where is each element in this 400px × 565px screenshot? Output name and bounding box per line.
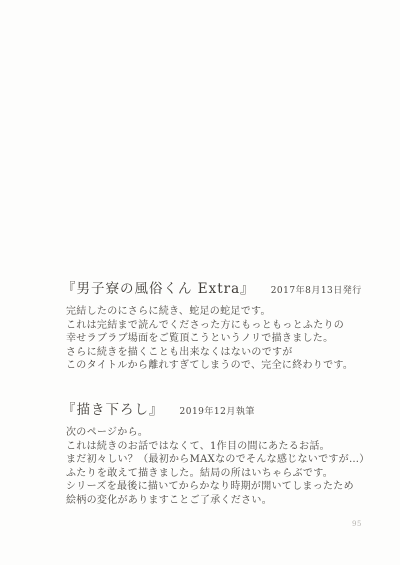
paragraph-line: このタイトルから離れすぎてしまうので、完全に終わりです。	[66, 359, 353, 373]
paragraph-line: 次のページから。	[66, 426, 370, 440]
paragraph-line: これは続きのお話ではなくて、1作目の間にあたるお話。	[66, 440, 370, 454]
paragraph-line: 絵柄の変化がありますことご了承ください。	[66, 494, 370, 508]
paragraph-line: まだ初々しい？（最初からMAXなのでそんな感じないですが…）	[66, 453, 370, 467]
section-1-heading: 『男子寮の風俗くん Extra』2017年8月13日発行	[62, 277, 362, 297]
paragraph-line: さらに続きを描くことも出来なくはないのですが	[66, 346, 353, 360]
paragraph-line: ふたりを敢えて描きました。結局の所はいちゃらぶです。	[66, 467, 370, 481]
paragraph-line: 完結したのにさらに続き、蛇足の蛇足です。	[66, 305, 353, 319]
section-2-paragraph: 次のページから。 これは続きのお話ではなくて、1作目の間にあたるお話。 まだ初々…	[66, 426, 370, 508]
section-title: 『描き下ろし』	[62, 402, 164, 418]
afterword-page: 『男子寮の風俗くん Extra』2017年8月13日発行 完結したのにさらに続き…	[0, 0, 400, 565]
book-title: 『男子寮の風俗くん Extra』	[62, 281, 255, 297]
paragraph-line: 幸せラブラブ場面をご覧頂こうというノリで描きました。	[66, 332, 353, 346]
written-date: 2019年12月執筆	[180, 407, 255, 417]
paragraph-line: これは完結まで読んでくださった方にもっともっとふたりの	[66, 319, 353, 333]
page-number: 95	[352, 520, 362, 528]
paragraph-line: シリーズを最後に描いてからかなり時期が開いてしまったため	[66, 480, 370, 494]
section-1-paragraph: 完結したのにさらに続き、蛇足の蛇足です。 これは完結まで読んでくださった方にもっ…	[66, 305, 353, 373]
section-2-heading: 『描き下ろし』2019年12月執筆	[62, 398, 255, 418]
publication-date: 2017年8月13日発行	[271, 286, 362, 296]
